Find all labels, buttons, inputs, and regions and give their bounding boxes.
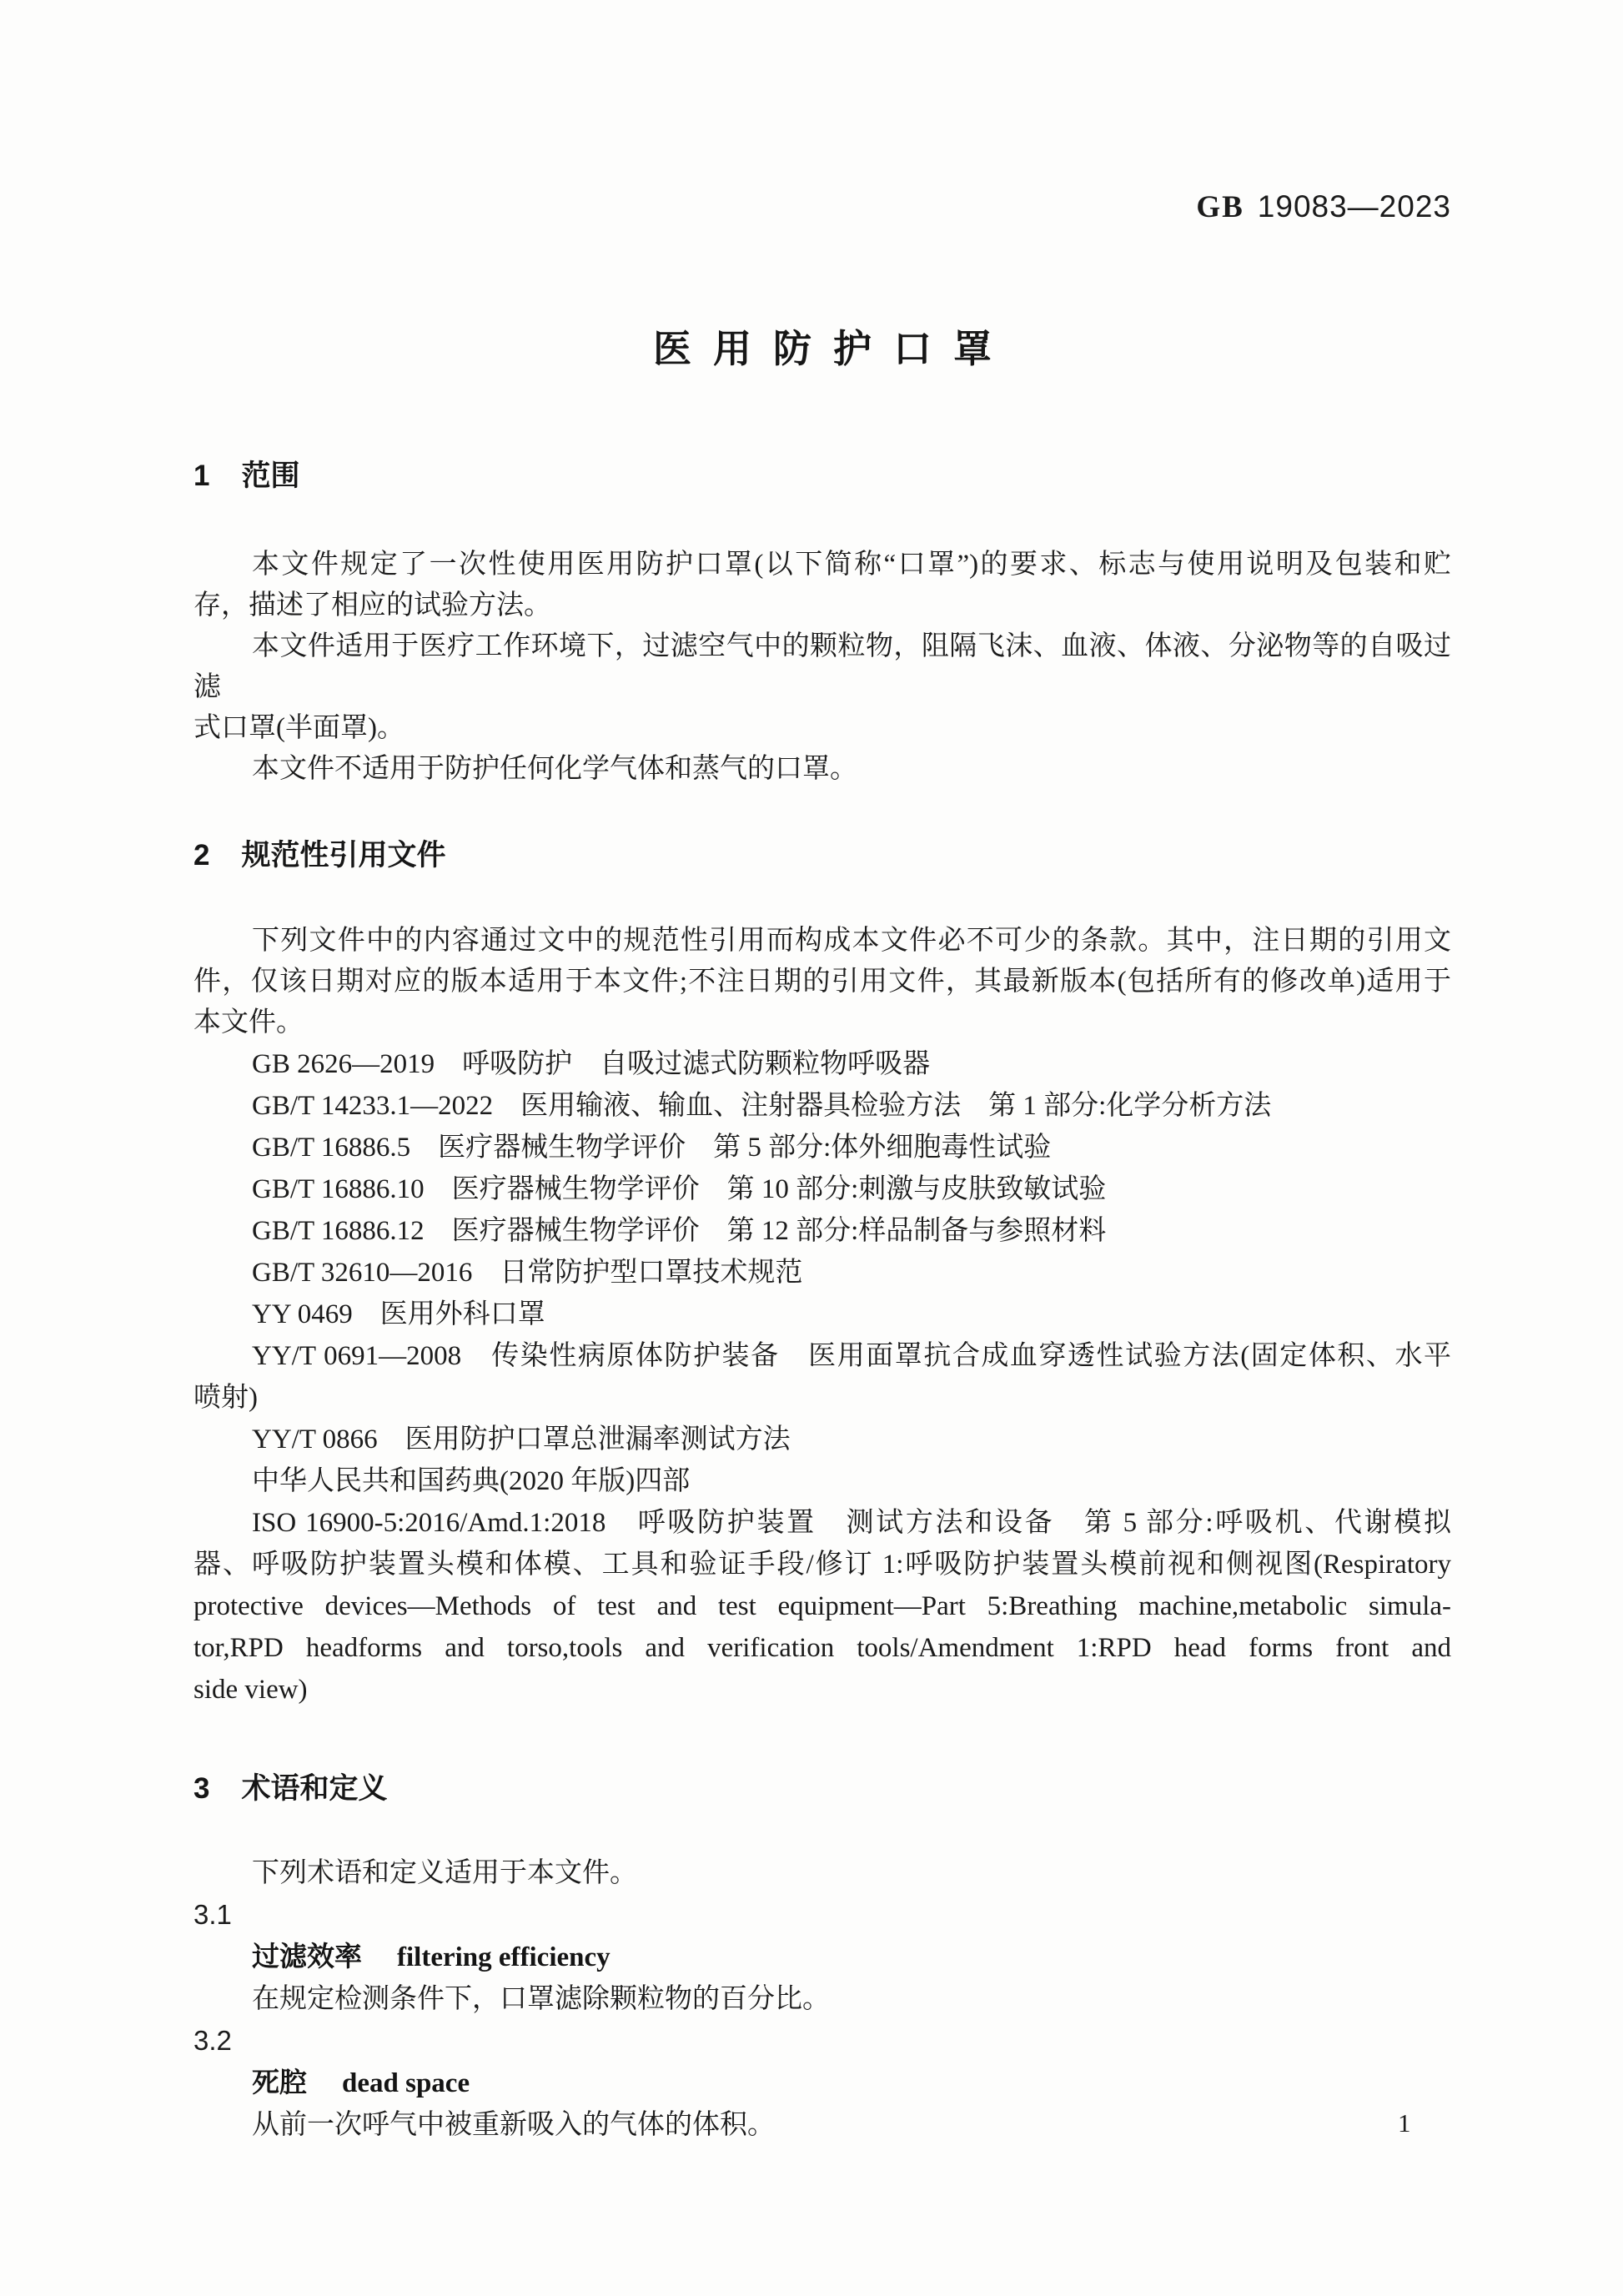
term-entry: 死腔dead space <box>193 2062 1451 2104</box>
document-page: GB19083—2023 医用防护口罩 1范围 本文件规定了一次性使用医用防护口… <box>0 0 1623 2296</box>
section-2-heading: 2规范性引用文件 <box>193 838 1451 873</box>
section-2-number: 2 <box>193 839 209 872</box>
reference-line: GB 2626—2019 呼吸防护 自吸过滤式防颗粒物呼吸器 <box>193 1043 1451 1085</box>
reference-line: GB/T 16886.12 医疗器械生物学评价 第 12 部分:样品制备与参照材… <box>193 1210 1451 1252</box>
section-1-heading: 1范围 <box>193 459 1451 494</box>
term-zh: 死腔 <box>252 2067 307 2098</box>
page-number: 1 <box>1398 2108 1411 2138</box>
paragraph-line: 下列文件中的内容通过文中的规范性引用而构成本文件必不可少的条款。其中，注日期的引… <box>193 921 1451 962</box>
reference-line: side view) <box>193 1669 1451 1711</box>
reference-line: 器、呼吸防护装置头模和体模、工具和验证手段/修订 1:呼吸防护装置头模前视和侧视… <box>193 1544 1451 1585</box>
clause-number: 3.2 <box>193 2020 1451 2062</box>
term-en: filtering efficiency <box>397 1942 611 1972</box>
page-content: 医用防护口罩 1范围 本文件规定了一次性使用医用防护口罩(以下简称“口罩”)的要… <box>193 0 1451 2146</box>
paragraph-line: 本文件。 <box>193 1002 1451 1043</box>
section-3-heading: 3术语和定义 <box>193 1771 1451 1806</box>
terms-intro-line: 下列术语和定义适用于本文件。 <box>193 1852 1451 1894</box>
reference-line: 中华人民共和国药典(2020 年版)四部 <box>193 1460 1451 1502</box>
document-title: 医用防护口罩 <box>193 324 1451 374</box>
term-definition: 在规定检测条件下，口罩滤除颗粒物的百分比。 <box>193 1978 1451 2020</box>
normative-references-list: GB 2626—2019 呼吸防护 自吸过滤式防颗粒物呼吸器 GB/T 1423… <box>193 1043 1451 1711</box>
section-1-title: 范围 <box>241 460 299 492</box>
reference-line: GB/T 16886.5 医疗器械生物学评价 第 5 部分:体外细胞毒性试验 <box>193 1127 1451 1168</box>
paragraph-line: 本文件规定了一次性使用医用防护口罩(以下简称“口罩”)的要求、标志与使用说明及包… <box>193 545 1451 585</box>
terms-and-definitions: 下列术语和定义适用于本文件。 3.1 过滤效率filtering efficie… <box>193 1852 1451 2146</box>
reference-line: YY 0469 医用外科口罩 <box>193 1294 1451 1335</box>
paragraph-line: 存，描述了相应的试验方法。 <box>193 585 1451 626</box>
reference-line: ISO 16900-5:2016/Amd.1:2018 呼吸防护装置 测试方法和… <box>193 1502 1451 1544</box>
reference-line: YY/T 0866 医用防护口罩总泄漏率测试方法 <box>193 1419 1451 1460</box>
reference-line: protective devices—Methods of test and t… <box>193 1585 1451 1627</box>
term-definition: 从前一次呼气中被重新吸入的气体的体积。 <box>193 2104 1451 2146</box>
paragraph-line: 本文件适用于医疗工作环境下，过滤空气中的颗粒物，阻隔飞沫、血液、体液、分泌物等的… <box>193 626 1451 708</box>
term-en: dead space <box>342 2068 470 2098</box>
section-2-title: 规范性引用文件 <box>241 839 445 872</box>
reference-line: 喷射) <box>193 1377 1451 1419</box>
paragraph-line: 式口罩(半面罩)。 <box>193 708 1451 749</box>
reference-line: YY/T 0691—2008 传染性病原体防护装备 医用面罩抗合成血穿透性试验方… <box>193 1335 1451 1377</box>
term-zh: 过滤效率 <box>252 1941 362 1972</box>
section-3-title: 术语和定义 <box>241 1772 387 1805</box>
paragraph-line: 本文件不适用于防护任何化学气体和蒸气的口罩。 <box>193 749 1451 790</box>
reference-line: GB/T 16886.10 医疗器械生物学评价 第 10 部分:刺激与皮肤致敏试… <box>193 1168 1451 1210</box>
paragraph-line: 件，仅该日期对应的版本适用于本文件;不注日期的引用文件，其最新版本(包括所有的修… <box>193 962 1451 1002</box>
scope-paragraphs: 本文件规定了一次性使用医用防护口罩(以下简称“口罩”)的要求、标志与使用说明及包… <box>193 545 1451 790</box>
term-entry: 过滤效率filtering efficiency <box>193 1936 1451 1978</box>
section-3-number: 3 <box>193 1772 209 1805</box>
normative-references-intro: 下列文件中的内容通过文中的规范性引用而构成本文件必不可少的条款。其中，注日期的引… <box>193 921 1451 1043</box>
reference-line: GB/T 14233.1—2022 医用输液、输血、注射器具检验方法 第 1 部… <box>193 1085 1451 1127</box>
reference-line: GB/T 32610—2016 日常防护型口罩技术规范 <box>193 1252 1451 1294</box>
section-1-number: 1 <box>193 460 209 492</box>
reference-line: tor,RPD headforms and torso,tools and ve… <box>193 1627 1451 1669</box>
clause-number: 3.1 <box>193 1894 1451 1936</box>
